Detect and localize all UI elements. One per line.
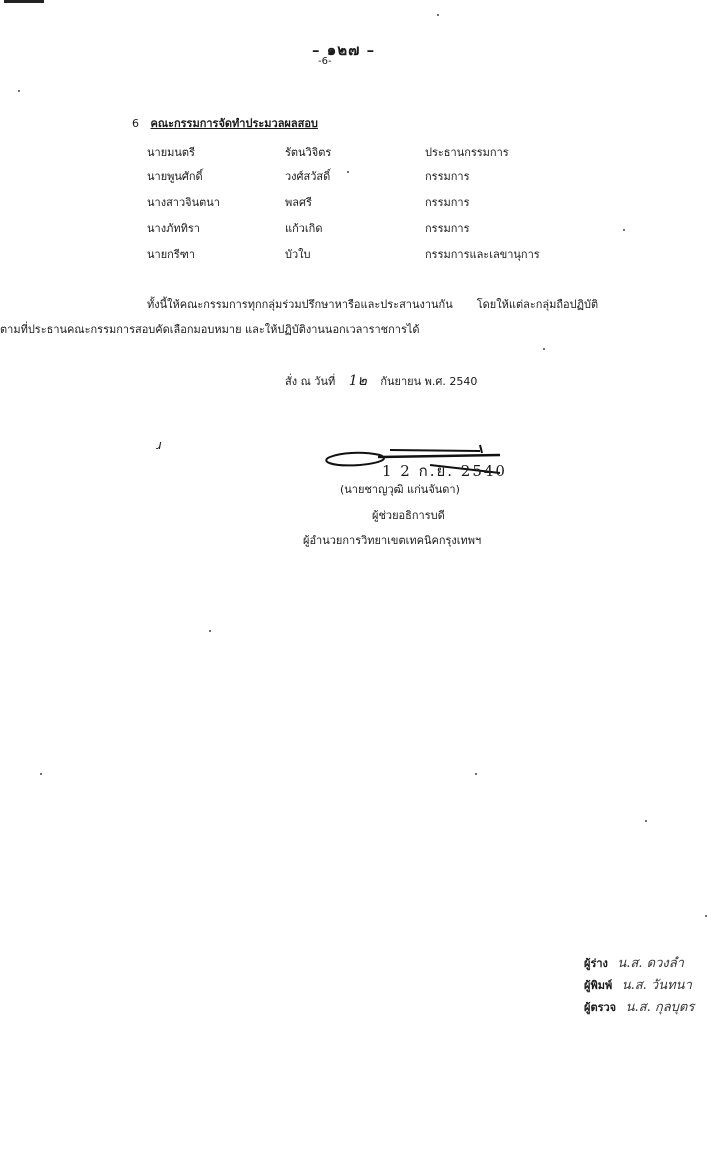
signature: 1 2 ก.ย. 2540 [320, 443, 510, 479]
member-role: กรรมการและเลขานุการ [425, 245, 540, 263]
initials-row: ผู้ตรวจ น.ส. กุลบุตร [584, 996, 694, 1018]
member-surname: พลศรี [285, 193, 312, 211]
scan-speck [209, 630, 211, 632]
member-role: กรรมการ [425, 167, 469, 185]
section-number: 6 [132, 117, 139, 130]
member-surname: แก้วเกิด [285, 219, 323, 237]
scan-speck [543, 348, 545, 350]
scan-speck [475, 773, 477, 775]
scan-speck [623, 229, 625, 231]
page-number: -6- [318, 56, 332, 67]
member-name: นางภัททิรา [147, 219, 200, 237]
date-prefix: สั่ง ณ วันที่ [285, 375, 335, 388]
scan-edge-mark [4, 0, 44, 3]
body-paragraph-line1: ทั้งนี้ให้คณะกรรมการทุกกลุ่มร่วมปรึกษาหา… [147, 295, 598, 313]
scan-speck [437, 14, 439, 16]
initials-handwritten: น.ส. วันทนา [622, 978, 692, 993]
member-name: นายกรีฑา [147, 245, 195, 263]
initials-handwritten: น.ส. ดวงลำ [617, 956, 684, 971]
section-heading: 6 คณะกรรมการจัดทำประมวลผลสอบ [132, 114, 318, 132]
date-day-handwritten: 1๒ [349, 373, 367, 389]
signatory-position-1: ผู้ช่วยอธิการบดี [372, 506, 445, 524]
member-surname: รัตนวิจิตร [285, 143, 331, 161]
scan-speck [705, 915, 707, 917]
member-role: กรรมการ [425, 219, 469, 237]
scan-speck [645, 820, 647, 822]
initials-label: ผู้ตรวจ [584, 1001, 616, 1014]
member-surname: บัวใบ [285, 245, 311, 263]
member-surname: วงศ์สวัสดิ์ [285, 167, 330, 185]
member-name: นายพูนศักดิ์ [147, 167, 203, 185]
section-title: คณะกรรมการจัดทำประมวลผลสอบ [151, 117, 318, 130]
initials-row: ผู้ร่าง น.ส. ดวงลำ [584, 952, 694, 974]
member-role: ประธานกรรมการ [425, 143, 509, 161]
body-paragraph-line2: ตามที่ประธานคณะกรรมการสอบคัดเลือกมอบหมาย… [0, 320, 420, 338]
order-date: สั่ง ณ วันที่ 1๒ กันยายน พ.ศ. 2540 [285, 370, 477, 392]
initials-label: ผู้พิมพ์ [584, 979, 612, 992]
initials-row: ผู้พิมพ์ น.ส. วันทนา [584, 974, 694, 996]
initials-handwritten: น.ส. กุลบุตร [626, 1000, 695, 1015]
scan-speck [40, 773, 42, 775]
scan-speck [347, 171, 349, 173]
date-month-year: กันยายน พ.ศ. 2540 [380, 375, 477, 388]
body-text: โดยให้แต่ละกลุ่มถือปฏิบัติ [477, 298, 598, 311]
scan-speck [18, 90, 20, 92]
body-text: ทั้งนี้ให้คณะกรรมการทุกกลุ่มร่วมปรึกษาหา… [147, 298, 453, 311]
initials-block: ผู้ร่าง น.ส. ดวงลำ ผู้พิมพ์ น.ส. วันทนา … [584, 952, 694, 1018]
pen-mark: ɹ [156, 438, 162, 452]
initials-label: ผู้ร่าง [584, 957, 608, 970]
member-role: กรรมการ [425, 193, 469, 211]
member-name: นางสาวจินตนา [147, 193, 220, 211]
signatory-name: (นายชาญวุฒิ แก่นจันดา) [340, 480, 460, 498]
member-name: นายมนตรี [147, 143, 195, 161]
signatory-position-2: ผู้อำนวยการวิทยาเขตเทคนิคกรุงเทพฯ [303, 531, 481, 549]
